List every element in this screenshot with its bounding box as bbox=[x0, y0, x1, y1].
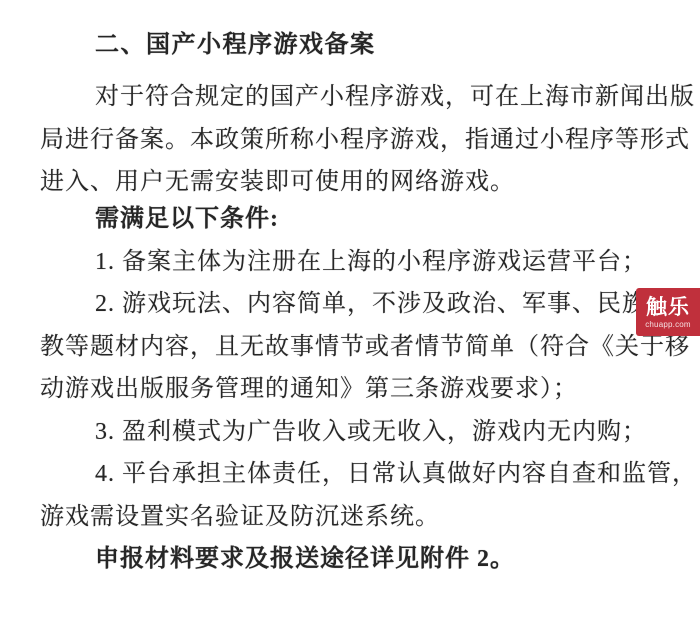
list-item-2-line-1: 2. 游戏玩法、内容简单，不涉及政治、军事、民族、 bbox=[95, 289, 672, 319]
list-item-3: 3. 盈利模式为广告收入或无收入，游戏内无内购； bbox=[95, 417, 647, 447]
document-page: 二、国产小程序游戏备案 对于符合规定的国产小程序游戏，可在上海市新闻出版 局进行… bbox=[0, 0, 700, 617]
paragraph-line: 局进行备案。本政策所称小程序游戏，指通过小程序等形式 bbox=[40, 125, 690, 155]
list-item-4-line-1: 4. 平台承担主体责任，日常认真做好内容自查和监管， bbox=[95, 459, 697, 489]
list-item-2-line-3: 动游戏出版服务管理的通知》第三条游戏要求）； bbox=[40, 374, 578, 404]
list-item-2-line-2: 教等题材内容，且无故事情节或者情节简单（符合《关于移 bbox=[40, 332, 690, 362]
chuapp-logo: 触乐 bbox=[646, 297, 690, 319]
list-item-4-line-2: 游戏需设置实名验证及防沉迷系统。 bbox=[40, 502, 440, 532]
section-heading: 二、国产小程序游戏备案 bbox=[95, 30, 376, 60]
chuapp-site-label: chuapp.com bbox=[645, 320, 691, 329]
chuapp-watermark-badge: 触乐 chuapp.com bbox=[636, 288, 700, 336]
closing-note: 申报材料要求及报送途径详见附件 2。 bbox=[95, 544, 515, 574]
subheading-conditions: 需满足以下条件: bbox=[95, 204, 279, 234]
list-item-1: 1. 备案主体为注册在上海的小程序游戏运营平台； bbox=[95, 247, 647, 277]
paragraph-line: 对于符合规定的国产小程序游戏，可在上海市新闻出版 bbox=[95, 82, 695, 112]
paragraph-line: 进入、用户无需安装即可使用的网络游戏。 bbox=[40, 167, 515, 197]
